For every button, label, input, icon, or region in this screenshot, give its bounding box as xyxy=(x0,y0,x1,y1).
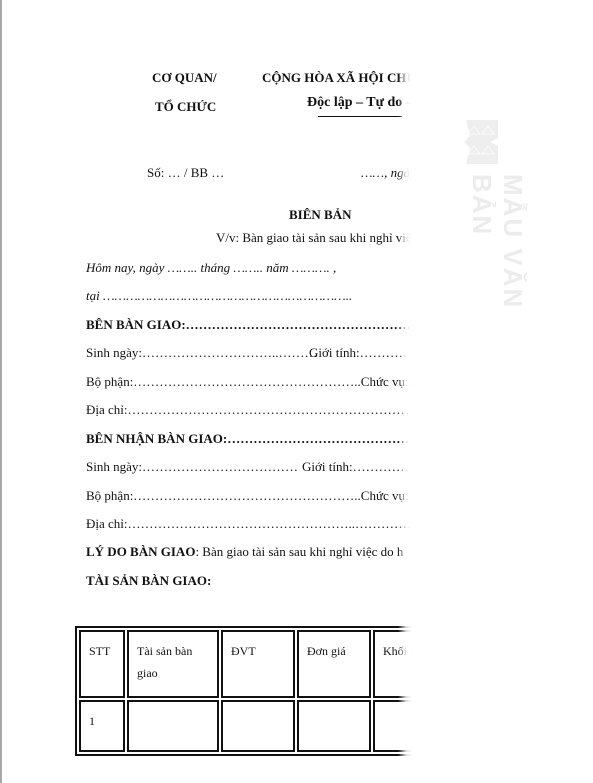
motto-line: Độc lập – Tự do – Hạnh phúc xyxy=(307,95,483,111)
cell-unit xyxy=(221,700,295,752)
cell-asset xyxy=(127,700,219,752)
cell-unit-price xyxy=(297,700,371,752)
giver-birth: Sinh ngày:…………………………..……… xyxy=(86,345,317,361)
header-cell-quantity: Khối lượng xyxy=(373,630,453,698)
cell-stt: 1 xyxy=(79,700,125,752)
document-title: BIÊN BẢN xyxy=(289,207,352,223)
place-date: ……, ngày … tháng … năm … xyxy=(361,165,519,181)
org-line-1: CƠ QUAN/ xyxy=(152,70,217,86)
receiver-birth: Sinh ngày:……………………………… xyxy=(86,459,298,475)
watermark: MẪU VĂN BẢN xyxy=(462,118,512,378)
cell-quantity xyxy=(373,700,453,752)
header-cell-unit: ĐVT xyxy=(221,630,295,698)
receiver-heading: BÊN NHẬN BÀN GIAO:………………………………………………… xyxy=(86,431,474,447)
giver-department: Bộ phận:……………………………………………..Chức vụ:………… xyxy=(86,374,461,390)
motto-underline xyxy=(318,116,402,117)
giver-gender: Giới tính:…………… xyxy=(309,345,425,361)
table-row: 1 xyxy=(79,700,453,752)
giver-heading: BÊN BÀN GIAO:………………………………………………………… xyxy=(86,317,472,333)
header-cell-unit-price: Đơn giá xyxy=(297,630,371,698)
document-subject: V/v: Bàn giao tài sản sau khi nghỉ việc xyxy=(216,230,417,246)
receiver-gender: Giới tính:…………… xyxy=(302,459,418,475)
header-cell-stt: STT xyxy=(79,630,125,698)
header-cell-asset: Tài sản bàn giao xyxy=(127,630,219,698)
assets-table: STT Tài sản bàn giao ĐVT Đơn giá Khối lư… xyxy=(75,626,457,756)
watermark-logo-icon xyxy=(462,118,502,166)
org-line-2: TỔ CHỨC xyxy=(155,99,216,115)
date-line: Hôm nay, ngày …….. tháng …….. năm ………. , xyxy=(86,260,336,276)
page-left-border xyxy=(0,0,2,783)
document-page: CƠ QUAN/ TỔ CHỨC CỘNG HÒA XÃ HỘI CHỦ NGH… xyxy=(0,0,593,783)
document-number: Số: … / BB … xyxy=(147,165,224,181)
table-header-row: STT Tài sản bàn giao ĐVT Đơn giá Khối lư… xyxy=(79,630,453,698)
reason-line: LÝ DO BÀN GIAO: Bàn giao tài sản sau khi… xyxy=(86,544,403,560)
assets-heading: TÀI SẢN BÀN GIAO: xyxy=(86,573,211,589)
receiver-address: Địa chỉ:……………………………………………..……………………… xyxy=(86,516,472,532)
receiver-department: Bộ phận:……………………………………………..Chức vụ:………… xyxy=(86,488,461,504)
reason-label: LÝ DO BÀN GIAO xyxy=(86,544,195,559)
giver-address: Địa chỉ:…………………………………………………………………………… xyxy=(86,402,505,418)
reason-text: : Bàn giao tài sản sau khi nghỉ việc do … xyxy=(195,544,403,559)
place-line: tại ……………………………………………………….. xyxy=(86,288,352,304)
country-line: CỘNG HÒA XÃ HỘI CHỦ NGHĨA VIỆT NAM xyxy=(262,70,531,86)
watermark-text: MẪU VĂN BẢN xyxy=(466,174,528,378)
